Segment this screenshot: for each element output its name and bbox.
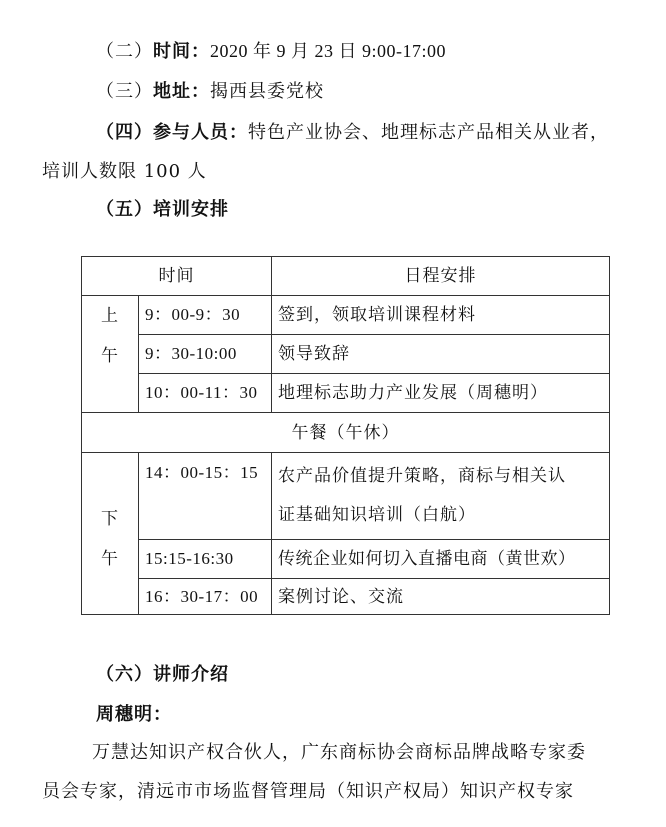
header-time: 时间 bbox=[82, 257, 272, 296]
section-address-label: 地址： bbox=[153, 81, 210, 102]
row-item: 案例讨论、交流 bbox=[272, 579, 610, 615]
lecturer-name: 周穗明： bbox=[96, 703, 172, 727]
schedule-heading: （五）培训安排 bbox=[96, 198, 229, 222]
row-time: 16：30-17：00 bbox=[139, 579, 272, 615]
lecturer-bio-line-1: 万慧达知识产权合伙人，广东商标协会商标品牌战略专家委 bbox=[92, 741, 586, 765]
section-time-prefix: （二） bbox=[96, 41, 153, 62]
row-item: 签到，领取培训课程材料 bbox=[272, 296, 610, 335]
section-time: （二）时间：2020 年 9 月 23 日 9:00-17:00 bbox=[96, 39, 446, 64]
row-item: 农产品价值提升策略，商标与相关认 证基础知识培训（白航） bbox=[272, 453, 610, 540]
table-row: 上 午 9：00-9：30 签到，领取培训课程材料 bbox=[82, 296, 610, 335]
row-time: 14：00-15：15 bbox=[139, 453, 272, 540]
row-item: 地理标志助力产业发展（周穗明） bbox=[272, 374, 610, 413]
section-participants-value: 特色产业协会、地理标志产品相关从业者， bbox=[248, 122, 609, 143]
lunch-break: 午餐（午休） bbox=[82, 413, 610, 453]
table-row-lunch: 午餐（午休） bbox=[82, 413, 610, 453]
section-address-value: 揭西县委党校 bbox=[210, 81, 324, 102]
section-participants-continuation: 培训人数限 100 人 bbox=[42, 160, 207, 184]
section-time-label: 时间： bbox=[153, 41, 210, 62]
table-row: 16：30-17：00 案例讨论、交流 bbox=[82, 579, 610, 615]
section-address-prefix: （三） bbox=[96, 81, 153, 102]
row-item: 领导致辞 bbox=[272, 335, 610, 374]
row-time: 10：00-11：30 bbox=[139, 374, 272, 413]
row-time: 9：00-9：30 bbox=[139, 296, 272, 335]
section-time-value: 2020 年 9 月 23 日 9:00-17:00 bbox=[210, 41, 446, 61]
period-morning-char-2: 午 bbox=[82, 336, 138, 376]
lecturer-heading: （六）讲师介绍 bbox=[96, 663, 229, 687]
lecturer-bio-line-2: 员会专家，清远市市场监督管理局（知识产权局）知识产权专家 bbox=[42, 780, 574, 804]
row-item-line-1: 农产品价值提升策略，商标与相关认 bbox=[278, 457, 609, 496]
section-address: （三）地址：揭西县委党校 bbox=[96, 80, 324, 104]
schedule-table: 时间 日程安排 上 午 9：00-9：30 签到，领取培训课程材料 9：30-1… bbox=[81, 256, 610, 615]
table-row: 15:15-16:30 传统企业如何切入直播电商（黄世欢） bbox=[82, 540, 610, 579]
row-time: 9：30-10:00 bbox=[139, 335, 272, 374]
period-afternoon-char-1: 下 bbox=[82, 499, 138, 539]
period-morning-char-1: 上 bbox=[82, 296, 138, 336]
section-participants-label: （四）参与人员： bbox=[96, 122, 248, 143]
header-agenda: 日程安排 bbox=[272, 257, 610, 296]
table-row: 下 午 14：00-15：15 农产品价值提升策略，商标与相关认 证基础知识培训… bbox=[82, 453, 610, 540]
section-participants: （四）参与人员：特色产业协会、地理标志产品相关从业者， bbox=[96, 121, 609, 145]
period-afternoon: 下 午 bbox=[82, 453, 139, 615]
period-afternoon-char-2: 午 bbox=[82, 539, 138, 579]
table-row: 10：00-11：30 地理标志助力产业发展（周穗明） bbox=[82, 374, 610, 413]
period-morning: 上 午 bbox=[82, 296, 139, 413]
table-header-row: 时间 日程安排 bbox=[82, 257, 610, 296]
row-item: 传统企业如何切入直播电商（黄世欢） bbox=[272, 540, 610, 579]
table-row: 9：30-10:00 领导致辞 bbox=[82, 335, 610, 374]
row-time: 15:15-16:30 bbox=[139, 540, 272, 579]
row-item-line-2: 证基础知识培训（白航） bbox=[278, 496, 609, 535]
